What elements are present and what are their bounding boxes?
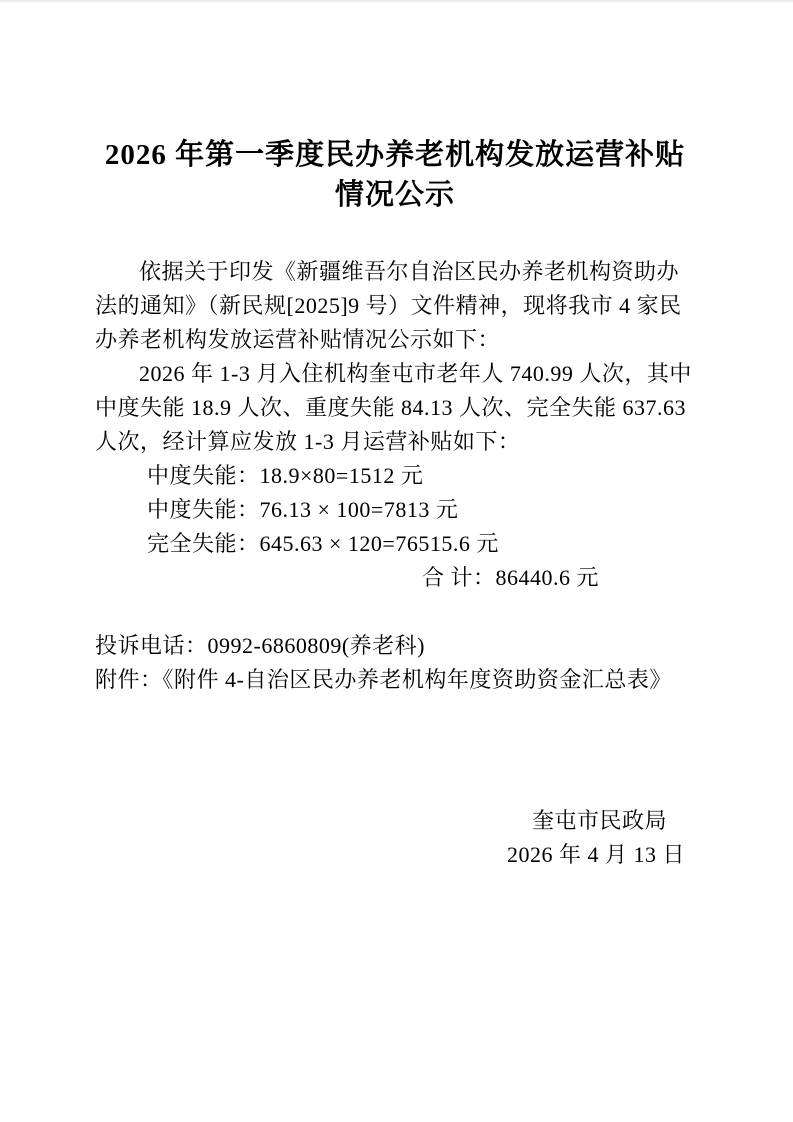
paragraph-statistics: 2026 年 1-3 月入住机构奎屯市老年人 740.99 人次，其中中度失能 … xyxy=(95,357,695,459)
total-amount-line: 合 计：86440.6 元 xyxy=(95,561,695,595)
signature-organization: 奎屯市民政局 xyxy=(95,804,695,838)
calc-line-moderate-disability: 中度失能：18.9×80=1512 元 xyxy=(95,459,695,493)
signature-date: 2026 年 4 月 13 日 xyxy=(95,838,695,872)
document-page: 2026 年第一季度民办养老机构发放运营补贴情况公示 依据关于印发《新疆维吾尔自… xyxy=(0,0,793,1122)
complaint-phone-line: 投诉电话：0992-6860809(养老科) xyxy=(95,629,695,663)
calc-line-complete-disability: 完全失能：645.63 × 120=76515.6 元 xyxy=(95,527,695,561)
calc-line-severe-disability: 中度失能：76.13 × 100=7813 元 xyxy=(95,493,695,527)
document-title: 2026 年第一季度民办养老机构发放运营补贴情况公示 xyxy=(95,135,695,215)
paragraph-basis: 依据关于印发《新疆维吾尔自治区民办养老机构资助办法的通知》（新民规[2025]9… xyxy=(95,255,695,357)
attachment-line: 附件：《附件 4-自治区民办养老机构年度资助资金汇总表》 xyxy=(95,663,695,697)
signature-block: 奎屯市民政局 2026 年 4 月 13 日 xyxy=(95,804,695,872)
